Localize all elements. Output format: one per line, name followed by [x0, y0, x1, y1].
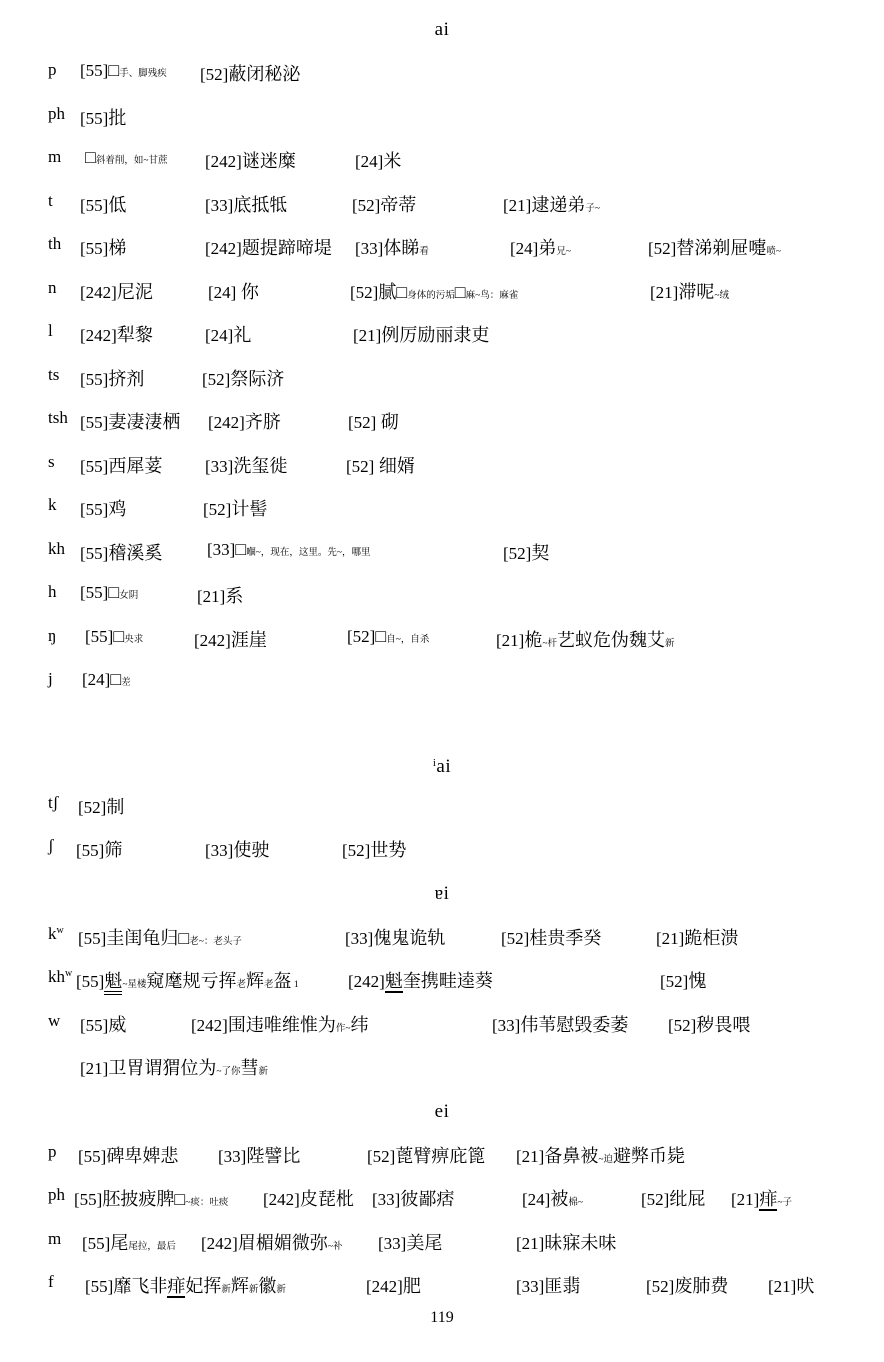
section-heading: ai — [0, 8, 884, 52]
tone-entry: □斜着削，如~甘蔗 — [85, 147, 168, 168]
tone-entry: [55]魁~星楼窥麾规亏挥老辉老盔 1 — [76, 967, 299, 993]
tone-entry: [24] 你 — [208, 278, 259, 304]
gloss-subscript: 子~ — [585, 204, 600, 214]
character-text: 滞呢 — [678, 282, 714, 302]
tone-entry: [52]计髻 — [203, 495, 267, 521]
initial-base: h — [48, 582, 57, 601]
initial-consonant: l — [48, 321, 53, 341]
initial-base: k — [48, 495, 57, 514]
character-text: 逮递弟 — [531, 195, 585, 215]
character-text: 卫胃谓猬位为 — [108, 1058, 216, 1078]
tone-label: [55] — [85, 1277, 113, 1296]
tone-label: [21] — [197, 587, 225, 606]
tone-label: [52] — [660, 972, 688, 991]
tone-label: [33] — [516, 1277, 544, 1296]
initial-base: kh — [48, 539, 65, 558]
tone-label: [24] — [82, 670, 110, 689]
tone-entry: [52]蔽闭秘泌 — [200, 60, 300, 86]
initial-consonant: k — [48, 495, 57, 515]
heading-final: ai — [436, 756, 451, 777]
character-text: □ — [113, 626, 124, 646]
tone-entry: [55]妻凄淒栖 — [80, 408, 180, 434]
tone-entry: [52]纰屁 — [641, 1185, 705, 1211]
tone-entry: [52]桂贵季癸 — [501, 924, 601, 950]
tone-entry: [21]卫胃谓猬位为~了你彗新 — [80, 1054, 268, 1080]
tone-entry: [21]系 — [197, 582, 243, 608]
tone-label: [33] — [218, 1147, 246, 1166]
character-text: 蓖臂痹庇篦 — [395, 1146, 485, 1166]
tone-label: [52] — [203, 500, 231, 519]
tone-label: [21] — [656, 929, 684, 948]
gloss-subscript: 央求 — [124, 635, 143, 645]
gloss-subscript: 老~：老头子 — [189, 937, 242, 947]
tone-label: [52] — [200, 65, 228, 84]
character-text: 彗 — [240, 1058, 258, 1078]
gloss-subscript: 麻~鸟：麻雀 — [466, 291, 519, 301]
tone-label: [55] — [80, 500, 108, 519]
tone-entry: [33]□嗰~，现在，这里。先~，哪里 — [207, 539, 370, 560]
tone-label: [242] — [205, 239, 242, 258]
gloss-subscript: 新 — [258, 1067, 268, 1077]
tone-entry: [21]昧寐未味 — [516, 1229, 616, 1255]
character-text: □ — [110, 669, 121, 689]
tone-label: [52] — [78, 798, 106, 817]
gloss-subscript: 斜着削，如~甘蔗 — [96, 156, 168, 166]
character-text: 跪柜溃 — [684, 928, 738, 948]
gloss-subscript: ~绒 — [714, 291, 729, 301]
character-text: 匪翡 — [544, 1276, 580, 1296]
tone-entry: [55]胚披疲脾□~痰：吐痰 — [74, 1185, 228, 1211]
character-text: 筛 — [104, 840, 122, 860]
tone-entry: [52]秽畏喂 — [668, 1011, 750, 1037]
gloss-subscript: 看 — [419, 247, 429, 257]
tone-entry: [33]匪翡 — [516, 1272, 580, 1298]
initial-consonant: f — [48, 1272, 54, 1292]
gloss-subscript: ~痰：吐痰 — [185, 1198, 228, 1208]
syllable-row: s[55]西犀荽[33]洗玺徙[52] 细婿 — [0, 444, 884, 488]
tone-label: [33] — [205, 457, 233, 476]
character-text: □ — [85, 147, 96, 167]
character-text: 弟 — [538, 238, 556, 258]
initial-consonant: n — [48, 278, 57, 298]
initial-base: m — [48, 147, 61, 166]
tone-entry: [52]世势 — [342, 836, 406, 862]
tone-entry: [55]碑卑婢悲 — [78, 1142, 178, 1168]
initial-base: ph — [48, 1185, 65, 1204]
tone-entry: [33]体睇看 — [355, 234, 429, 260]
gloss-subscript: 新 — [249, 1285, 259, 1295]
tone-entry: [55]鸡 — [80, 495, 126, 521]
character-text: 礼 — [233, 325, 251, 345]
initial-consonant: s — [48, 452, 55, 472]
tone-entry: [33]陛譬比 — [218, 1142, 300, 1168]
tone-label: [52] — [342, 841, 370, 860]
tone-entry: [242]眉楣媚微弥~补 — [201, 1229, 342, 1255]
character-text: 挤剂 — [108, 369, 144, 389]
syllable-row: ph[55]胚披疲脾□~痰：吐痰[242]皮琵枇[33]彼鄙痞[24]被棉~[5… — [0, 1177, 884, 1221]
character-text: 腻□ — [378, 282, 407, 302]
tone-entry: [52]愧 — [660, 967, 706, 993]
tone-label: [21] — [768, 1277, 796, 1296]
tone-entry: [242]涯崖 — [194, 626, 267, 652]
initial-base: ph — [48, 104, 65, 123]
initial-consonant: h — [48, 582, 57, 602]
tone-entry: [33]使驶 — [205, 836, 269, 862]
character-text: 美尾 — [406, 1233, 442, 1253]
character-text: 题提蹄啼堤 — [242, 238, 332, 258]
tone-label: [52] — [641, 1190, 669, 1209]
tone-entry: [21]跪柜溃 — [656, 924, 738, 950]
character-text: 你 — [236, 282, 259, 302]
tone-label: [52] — [347, 627, 375, 646]
page-number: 119 — [0, 1309, 884, 1327]
tone-entry: [52]废肺费 — [646, 1272, 728, 1298]
character-text: 犁黎 — [117, 325, 153, 345]
character-text: 世势 — [370, 840, 406, 860]
tone-entry: [24]被棉~ — [522, 1185, 583, 1211]
initial-base: tʃ — [48, 793, 58, 812]
character-text: 辉 — [246, 971, 264, 991]
tone-label: [55] — [74, 1190, 102, 1209]
tone-entry: [55]稽溪奚 — [80, 539, 162, 565]
initial-consonant: ʃ — [48, 836, 54, 856]
character-text: 谜迷糜 — [242, 151, 296, 171]
tone-label: [55] — [80, 457, 108, 476]
gloss-subscript: 新 — [276, 1285, 286, 1295]
initial-base: ts — [48, 365, 59, 384]
gloss-subscript: 棉~ — [568, 1198, 583, 1208]
syllable-row: l[242]犁黎[24]礼[21]例厉励丽隶吏 — [0, 313, 884, 357]
initial-consonant: m — [48, 1229, 61, 1249]
gloss-subscript: 新 — [221, 1285, 231, 1295]
initial-consonant: ph — [48, 104, 65, 124]
tone-entry: [55]威 — [80, 1011, 126, 1037]
tone-entry: [55]筛 — [76, 836, 122, 862]
tone-label: [55] — [80, 583, 108, 602]
tone-label: [242] — [208, 413, 245, 432]
initial-consonant: tʃ — [48, 793, 58, 813]
syllable-row: tsh[55]妻凄淒栖[242]齐脐[52] 砌 — [0, 400, 884, 444]
character-text: 威 — [108, 1015, 126, 1035]
initial-base: l — [48, 321, 53, 340]
initial-consonant: p — [48, 1142, 57, 1162]
syllable-row: j[24]□差 — [0, 661, 884, 705]
character-text: □ — [375, 626, 386, 646]
initial-consonant: ŋ — [48, 626, 56, 646]
character-text: 计髻 — [231, 499, 267, 519]
initial-consonant: p — [48, 60, 57, 80]
tone-entry: [21]桅~杆艺蚁危伪魏艾新 — [496, 626, 674, 652]
tone-entry: [55]□手、脚残疾 — [80, 60, 167, 81]
tone-entry: [33]彼鄙痞 — [372, 1185, 454, 1211]
character-text: 涯崖 — [231, 630, 267, 650]
tone-entry: [52]制 — [78, 793, 124, 819]
initial-base: t — [48, 191, 53, 210]
initial-consonant: j — [48, 669, 53, 689]
tone-label: [242] — [194, 631, 231, 650]
character-text: 低 — [108, 195, 126, 215]
initial-consonant: khw — [48, 967, 72, 987]
tone-entry: [21]滞呢~绒 — [650, 278, 729, 304]
tone-entry: [242]围违唯维惟为作~纬 — [191, 1011, 368, 1037]
tone-entry: [52]契 — [503, 539, 549, 565]
tone-entry: [242]齐脐 — [208, 408, 281, 434]
character-text: 胚披疲脾□ — [102, 1189, 185, 1209]
section-heading: iai — [0, 741, 884, 785]
tone-entry: [33]洗玺徙 — [205, 452, 287, 478]
character-text: 洗玺徙 — [233, 456, 287, 476]
tone-label: [242] — [263, 1190, 300, 1209]
character-text: 批 — [108, 108, 126, 128]
gloss-subscript: 兄~ — [556, 247, 571, 257]
gloss-subscript: 嗰~，现在，这里。先~，哪里 — [246, 548, 370, 558]
tone-label: [55] — [76, 841, 104, 860]
tone-entry: [55]靡飞非痱妃挥新辉新徽新 — [85, 1272, 286, 1298]
tone-label: [52] — [501, 929, 529, 948]
character-text: 帝蒂 — [380, 195, 416, 215]
tone-label: [33] — [345, 929, 373, 948]
tone-label: [52] — [202, 370, 230, 389]
gloss-subscript: 自~，自杀 — [386, 635, 429, 645]
tone-entry: [33]傀鬼诡轨 — [345, 924, 445, 950]
initial-consonant: kh — [48, 539, 65, 559]
tone-label: [55] — [80, 1016, 108, 1035]
syllable-row: kw[55]圭闺龟归□老~：老头子[33]傀鬼诡轨[52]桂贵季癸[21]跪柜溃 — [0, 916, 884, 960]
tone-label: [33] — [492, 1016, 520, 1035]
tone-label: [52] — [646, 1277, 674, 1296]
syllable-row: p[55]碑卑婢悲[33]陛譬比[52]蓖臂痹庇篦[21]备鼻被~迫避弊币毙 — [0, 1134, 884, 1178]
tone-label: [33] — [205, 196, 233, 215]
character-text: 制 — [106, 797, 124, 817]
gloss-subscript: ~子 — [777, 1198, 792, 1208]
initial-consonant: t — [48, 191, 53, 211]
character-text: 魁 — [104, 971, 122, 995]
tone-label: [52] — [346, 457, 374, 476]
tone-label: [33] — [378, 1234, 406, 1253]
character-text: 体睇 — [383, 238, 419, 258]
character-text: 魁 — [385, 971, 403, 993]
syllabary-body: aip[55]□手、脚残疾[52]蔽闭秘泌ph[55]批m□斜着削，如~甘蔗[2… — [0, 8, 884, 1308]
character-text: 系 — [225, 586, 243, 606]
gloss-subscript: ~了你 — [216, 1067, 240, 1077]
gloss-subscript: 新 — [665, 639, 675, 649]
document-page: aip[55]□手、脚残疾[52]蔽闭秘泌ph[55]批m□斜着削，如~甘蔗[2… — [0, 0, 884, 1362]
tone-label: [52] — [367, 1147, 395, 1166]
character-text: 愧 — [688, 971, 706, 991]
character-text: 桂贵季癸 — [529, 928, 601, 948]
syllable-row: tʃ[52]制 — [0, 785, 884, 829]
character-text: 契 — [531, 543, 549, 563]
character-text: 彼鄙痞 — [400, 1189, 454, 1209]
character-text: 细婿 — [374, 456, 415, 476]
character-text: 底抵牴 — [233, 195, 287, 215]
tone-entry: [52]蓖臂痹庇篦 — [367, 1142, 485, 1168]
tone-entry: [24]弟兄~ — [510, 234, 571, 260]
tone-label: [52] — [503, 544, 531, 563]
syllable-row: m□斜着削，如~甘蔗[242]谜迷糜[24]米 — [0, 139, 884, 183]
tone-entry: [52]帝蒂 — [352, 191, 416, 217]
character-text: 被 — [550, 1189, 568, 1209]
syllable-row: t[55]低[33]底抵牴[52]帝蒂[21]逮递弟子~ — [0, 183, 884, 227]
gloss-subscript: 1 — [292, 980, 299, 990]
character-text: □ — [235, 539, 246, 559]
gloss-subscript: 作~ — [336, 1024, 351, 1034]
character-text: 纬 — [350, 1015, 368, 1035]
initial-superscript: w — [57, 925, 64, 936]
character-text: 皮琵枇 — [300, 1189, 354, 1209]
tone-label: [24] — [208, 283, 236, 302]
initial-base: f — [48, 1272, 54, 1291]
initial-base: n — [48, 278, 57, 297]
tone-label: [21] — [731, 1190, 759, 1209]
tone-entry: [55]西犀荽 — [80, 452, 162, 478]
character-text: 傀鬼诡轨 — [373, 928, 445, 948]
syllable-row: ʃ[55]筛[33]使驶[52]世势 — [0, 828, 884, 872]
tone-entry: [52]□自~，自杀 — [347, 626, 429, 647]
tone-label: [55] — [80, 239, 108, 258]
syllable-row: ph[55]批 — [0, 96, 884, 140]
tone-label: [55] — [80, 196, 108, 215]
tone-label: [33] — [355, 239, 383, 258]
tone-entry: [21]备鼻被~迫避弊币毙 — [516, 1142, 685, 1168]
syllable-row: n[242]尼泥[24] 你[52]腻□身体的污垢□麻~鸟：麻雀[21]滞呢~绒 — [0, 270, 884, 314]
tone-entry: [52] 砌 — [348, 408, 399, 434]
character-text: 痱 — [167, 1276, 185, 1298]
tone-label: [55] — [80, 413, 108, 432]
initial-base: w — [48, 1011, 60, 1030]
section-heading: ɐi — [0, 872, 884, 916]
tone-label: [24] — [510, 239, 538, 258]
tone-label: [242] — [80, 283, 117, 302]
character-text: 稽溪奚 — [108, 543, 162, 563]
syllable-row: th[55]梯[242]题提蹄啼堤[33]体睇看[24]弟兄~[52]替涕剃屉嚏… — [0, 226, 884, 270]
tone-label: [242] — [366, 1277, 403, 1296]
gloss-subscript: 身体的污垢 — [407, 291, 455, 301]
syllable-row: f[55]靡飞非痱妃挥新辉新徽新[242]肥[33]匪翡[52]废肺费[21]吠 — [0, 1264, 884, 1308]
tone-label: [55] — [80, 109, 108, 128]
tone-label: [21] — [353, 326, 381, 345]
character-text: 昧寐未味 — [544, 1233, 616, 1253]
gloss-subscript: ~补 — [328, 1242, 343, 1252]
tone-entry: [21]痱~子 — [731, 1185, 792, 1211]
heading-final: ai — [435, 19, 450, 40]
character-text: 例厉励丽隶吏 — [381, 325, 489, 345]
tone-entry: [21]吠 — [768, 1272, 814, 1298]
syllable-row: ŋ[55]□央求[242]涯崖[52]□自~，自杀[21]桅~杆艺蚁危伪魏艾新 — [0, 618, 884, 662]
tone-label: [55] — [76, 972, 104, 991]
tone-entry: [242]谜迷糜 — [205, 147, 296, 173]
character-text: □ — [108, 60, 119, 80]
character-text: 辉 — [231, 1276, 249, 1296]
tone-label: [24] — [205, 326, 233, 345]
tone-label: [55] — [78, 929, 106, 948]
character-text: 陛譬比 — [246, 1146, 300, 1166]
tone-entry: [55]圭闺龟归□老~：老头子 — [78, 924, 242, 950]
tone-label: [52] — [352, 196, 380, 215]
initial-consonant: ts — [48, 365, 59, 385]
tone-entry: [52]腻□身体的污垢□麻~鸟：麻雀 — [350, 278, 518, 304]
character-text: 秽畏喂 — [696, 1015, 750, 1035]
initial-base: p — [48, 60, 57, 79]
tone-entry: [55]□央求 — [85, 626, 143, 647]
character-text: 艺蚁危伪魏艾 — [557, 630, 665, 650]
tone-entry: [55]尾尾拉，最后 — [82, 1229, 176, 1255]
tone-entry: [242]皮琵枇 — [263, 1185, 354, 1211]
tone-label: [21] — [650, 283, 678, 302]
initial-base: ŋ — [48, 626, 56, 645]
tone-entry: [242]犁黎 — [80, 321, 153, 347]
character-text: 齐脐 — [245, 412, 281, 432]
initial-base: m — [48, 1229, 61, 1248]
initial-consonant: m — [48, 147, 61, 167]
tone-label: [55] — [80, 544, 108, 563]
syllable-row: kh[55]稽溪奚[33]□嗰~，现在，这里。先~，哪里[52]契 — [0, 531, 884, 575]
gloss-subscript: 喷~ — [766, 247, 781, 257]
character-text: 纰屁 — [669, 1189, 705, 1209]
gloss-subscript: ~迫 — [598, 1155, 613, 1165]
syllable-row: m[55]尾尾拉，最后[242]眉楣媚微弥~补[33]美尾[21]昧寐未味 — [0, 1221, 884, 1265]
tone-label: [55] — [80, 61, 108, 80]
tone-label: [21] — [80, 1059, 108, 1078]
tone-label: [24] — [355, 152, 383, 171]
gloss-subscript: 老 — [264, 980, 274, 990]
character-text: 伟苇慰毁委萎 — [520, 1015, 628, 1035]
character-text: 碑卑婢悲 — [106, 1146, 178, 1166]
tone-entry: [33]伟苇慰毁委萎 — [492, 1011, 628, 1037]
character-text: 蔽闭秘泌 — [228, 64, 300, 84]
character-text: 妻凄淒栖 — [108, 412, 180, 432]
character-text: 窥麾规亏挥 — [146, 971, 236, 991]
character-text: 尼泥 — [117, 282, 153, 302]
character-text: 鸡 — [108, 499, 126, 519]
tone-label: [242] — [348, 972, 385, 991]
tone-label: [52] — [648, 239, 676, 258]
tone-label: [55] — [82, 1234, 110, 1253]
initial-base: k — [48, 924, 57, 943]
character-text: 奎携畦逵葵 — [403, 971, 493, 991]
tone-entry: [52]替涕剃屉嚏喷~ — [648, 234, 781, 260]
tone-label: [52] — [668, 1016, 696, 1035]
tone-entry: [33]底抵牴 — [205, 191, 287, 217]
tone-label: [21] — [503, 196, 531, 215]
initial-consonant: tsh — [48, 408, 68, 428]
tone-entry: [242]题提蹄啼堤 — [205, 234, 332, 260]
tone-label: [21] — [496, 631, 524, 650]
character-text: 砌 — [376, 412, 399, 432]
character-text: 梯 — [108, 238, 126, 258]
tone-label: [33] — [205, 841, 233, 860]
tone-label: [52] — [350, 283, 378, 302]
character-text: 西犀荽 — [108, 456, 162, 476]
tone-label: [24] — [522, 1190, 550, 1209]
gloss-subscript: ~杆 — [542, 639, 557, 649]
gloss-subscript: ~星楼 — [122, 980, 146, 990]
gloss-subscript: 手、脚残疾 — [119, 69, 167, 79]
syllable-row: p[55]□手、脚残疾[52]蔽闭秘泌 — [0, 52, 884, 96]
character-text: 尾 — [110, 1233, 128, 1253]
tone-label: [33] — [207, 540, 235, 559]
initial-base: kh — [48, 967, 65, 986]
character-text: □ — [108, 582, 119, 602]
character-text: 备鼻被 — [544, 1146, 598, 1166]
initial-base: s — [48, 452, 55, 471]
tone-entry: [52]祭际济 — [202, 365, 284, 391]
tone-entry: [55]批 — [80, 104, 126, 130]
heading-final: ei — [435, 1101, 450, 1122]
syllable-row: k[55]鸡[52]计髻 — [0, 487, 884, 531]
gloss-subscript: 尾拉，最后 — [128, 1242, 176, 1252]
character-text: 痱 — [759, 1189, 777, 1211]
